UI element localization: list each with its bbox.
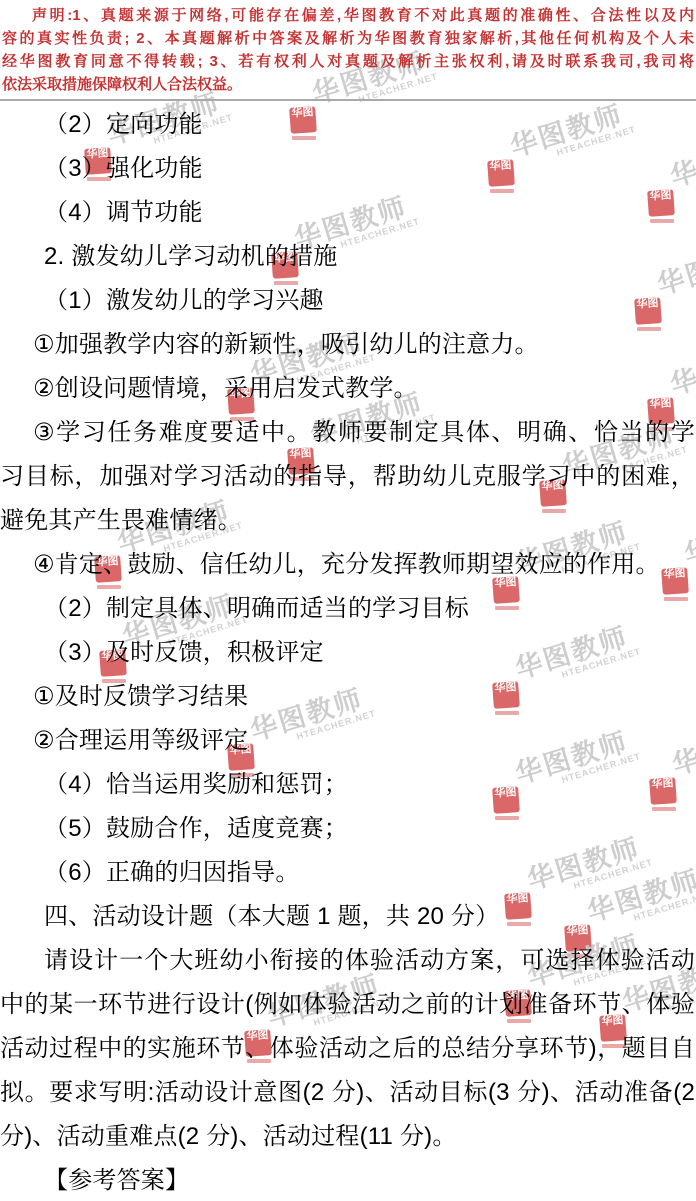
body-line: 习目标，加强对学习活动的指导，帮助幼儿克服学习中的困难， xyxy=(0,455,696,499)
body-line: （4）恰当运用奖励和惩罚； xyxy=(0,763,696,807)
body-line: 活动过程中的实施环节、体验活动之后的总结分享环节)，题目自 xyxy=(0,1027,696,1071)
body-line: 请设计一个大班幼小衔接的体验活动方案，可选择体验活动 xyxy=(0,939,696,983)
document-content: 声明:1、真题来源于网络,可能存在偏差,华图教育不对此真题的准确性、合法性以及内… xyxy=(0,0,696,1201)
body-line: （6）正确的归因指导。 xyxy=(0,851,696,895)
body-line: （2）定向功能 xyxy=(0,103,696,147)
disclaimer-label: 声明 xyxy=(32,7,67,24)
document-page: 华图华图教师HTEACHER.NET华图华图教师HTEACHER.NET华图华图… xyxy=(0,0,696,1201)
disclaimer: 声明:1、真题来源于网络,可能存在偏差,华图教育不对此真题的准确性、合法性以及内… xyxy=(0,0,696,96)
body-line: （2）制定具体、明确而适当的学习目标 xyxy=(0,587,696,631)
body-line: 【参考答案】 xyxy=(0,1159,696,1201)
body-line: ①加强教学内容的新颖性，吸引幼儿的注意力。 xyxy=(0,323,696,367)
disclaimer-line-text: :1、真题来源于网络,可能存在偏差,华图教育不对此真题的准确性、合法性以及内 xyxy=(67,7,694,24)
body-line: （3）及时反馈，积极评定 xyxy=(0,631,696,675)
body-line: ②合理运用等级评定 xyxy=(0,719,696,763)
body-line: 四、活动设计题（本大题 1 题，共 20 分） xyxy=(0,895,696,939)
body-line: 拟。要求写明:活动设计意图(2 分)、活动目标(3 分)、活动准备(2 xyxy=(0,1071,696,1115)
disclaimer-line: 声明:1、真题来源于网络,可能存在偏差,华图教育不对此真题的准确性、合法性以及内 xyxy=(2,4,694,27)
disclaimer-line: 容的真实性负责; 2、本真题解析中答案及解析为华图教育独家解析,其他任何机构及个… xyxy=(2,27,694,50)
body-line: （5）鼓励合作，适度竞赛； xyxy=(0,807,696,851)
body-line: 2. 激发幼儿学习动机的措施 xyxy=(0,235,696,279)
disclaimer-line: 依法采取措施保障权利人合法权益。 xyxy=(2,73,694,96)
body-line: （1）激发幼儿的学习兴趣 xyxy=(0,279,696,323)
body-line: ①及时反馈学习结果 xyxy=(0,675,696,719)
body-line: （4）调节功能 xyxy=(0,191,696,235)
body-line: 避免其产生畏难情绪。 xyxy=(0,499,696,543)
body-line: 中的某一环节进行设计(例如体验活动之前的计划准备环节、体验 xyxy=(0,983,696,1027)
body-line: （3）强化功能 xyxy=(0,147,696,191)
disclaimer-line: 经华图教育同意不得转载; 3、若有权利人对真题及解析主张权利,请及时联系我司,我… xyxy=(2,50,694,73)
body-line: ④肯定、鼓励、信任幼儿，充分发挥教师期望效应的作用。 xyxy=(0,543,696,587)
body-line: 分)、活动重难点(2 分)、活动过程(11 分)。 xyxy=(0,1115,696,1159)
body-line: ③学习任务难度要适中。教师要制定具体、明确、恰当的学 xyxy=(0,411,696,455)
answer-body: （2）定向功能（3）强化功能（4）调节功能2. 激发幼儿学习动机的措施（1）激发… xyxy=(0,101,696,1201)
body-line: ②创设问题情境，采用启发式教学。 xyxy=(0,367,696,411)
